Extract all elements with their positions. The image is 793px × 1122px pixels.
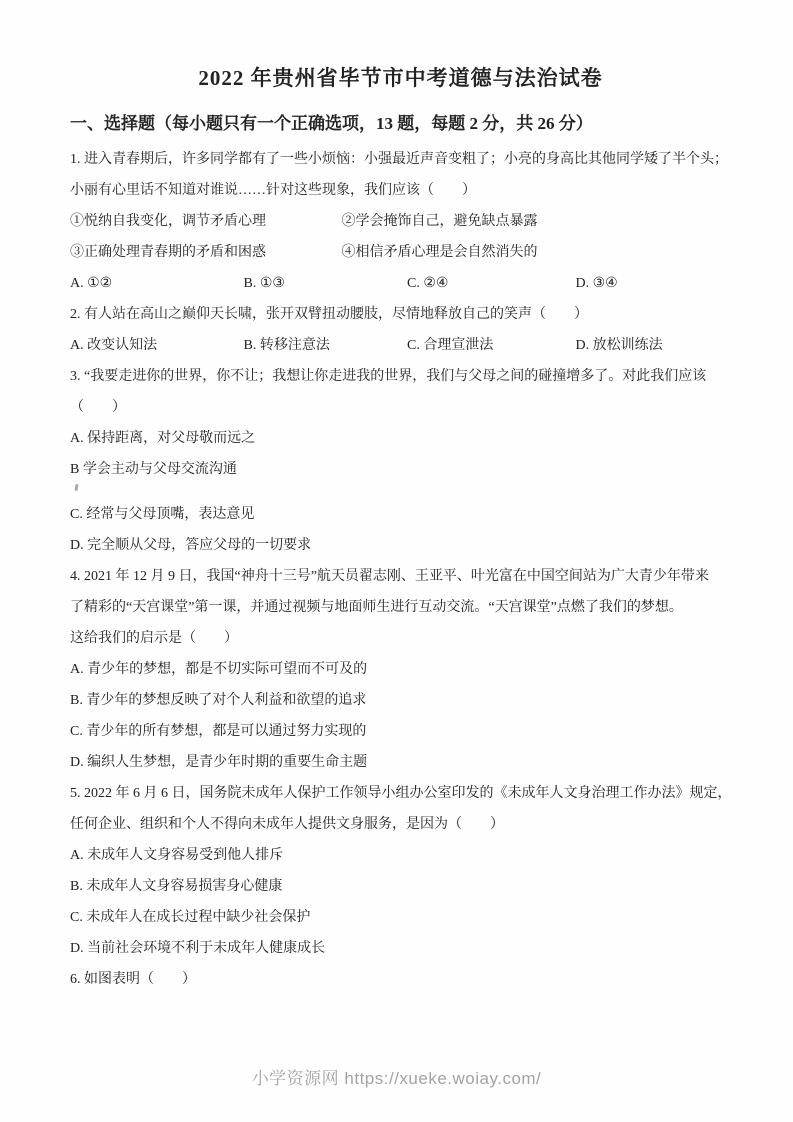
question-5-option-b: B. 未成年人文身容易损害身心健康 xyxy=(70,871,731,902)
page-title: 2022 年贵州省毕节市中考道德与法治试卷 xyxy=(70,0,731,94)
question-4-option-b: B. 青少年的梦想反映了对个人利益和欲望的追求 xyxy=(70,685,731,716)
exam-paper-content: 2022 年贵州省毕节市中考道德与法治试卷 一、选择题（每小题只有一个正确选项，… xyxy=(70,0,731,995)
question-6-stem-line-1: 6. 如图表明（ ） xyxy=(70,964,731,995)
question-4-stem-line-3: 这给我们的启示是（ ） xyxy=(70,623,731,654)
statement-1: ①悦纳自我变化，调节矛盾心理 xyxy=(70,206,338,237)
question-3-option-c: C. 经常与父母顶嘴，表达意见 xyxy=(70,499,731,530)
question-4-option-d: D. 编织人生梦想，是青少年时期的重要生命主题 xyxy=(70,747,731,778)
question-3-stem-line-1: 3. “我要走进你的世界，你不让；我想让你走进我的世界，我们与父母之间的碰撞增多… xyxy=(70,361,731,392)
question-2-option-d: D. 放松训练法 xyxy=(576,338,663,353)
question-1-options-row: A. ①② B. ①③ C. ②④ D. ③④ xyxy=(70,268,731,299)
question-1-option-d: D. ③④ xyxy=(576,276,618,291)
question-2-option-c: C. 合理宣泄法 xyxy=(407,330,572,361)
statement-4: ④相信矛盾心理是会自然消失的 xyxy=(342,245,538,260)
question-3: 3. “我要走进你的世界，你不让；我想让你走进我的世界，我们与父母之间的碰撞增多… xyxy=(70,361,731,561)
question-3-option-b: B 学会主动与父母交流沟通 xyxy=(70,454,731,485)
question-3-stem-line-2: （ ） xyxy=(70,392,731,423)
question-4-option-a: A. 青少年的梦想，都是不切实际可望而不可及的 xyxy=(70,654,731,685)
question-4-stem-line-1: 4. 2021 年 12 月 9 日，我国“神舟十三号”航天员翟志刚、王亚平、叶… xyxy=(70,561,731,592)
question-4: 4. 2021 年 12 月 9 日，我国“神舟十三号”航天员翟志刚、王亚平、叶… xyxy=(70,561,731,778)
question-1: 1. 进入青春期后，许多同学都有了一些小烦恼：小强最近声音变粗了；小亮的身高比其… xyxy=(70,144,731,299)
question-2-options-row: A. 改变认知法 B. 转移注意法 C. 合理宣泄法 D. 放松训练法 xyxy=(70,330,731,361)
question-1-option-c: C. ②④ xyxy=(407,268,572,299)
section-heading: 一、选择题（每小题只有一个正确选项，13 题，每题 2 分，共 26 分） xyxy=(70,108,731,140)
statement-3: ③正确处理青春期的矛盾和困惑 xyxy=(70,237,338,268)
question-2: 2. 有人站在高山之巅仰天长啸，张开双臂扭动腰肢，尽情地释放自己的笑声（ ） A… xyxy=(70,299,731,361)
question-1-option-a: A. ①② xyxy=(70,268,240,299)
question-5-stem-line-2: 任何企业、组织和个人不得向未成年人提供文身服务，是因为（ ） xyxy=(70,809,731,840)
question-5-option-c: C. 未成年人在成长过程中缺少社会保护 xyxy=(70,902,731,933)
question-5-option-d: D. 当前社会环境不利于未成年人健康成长 xyxy=(70,933,731,964)
question-2-option-a: A. 改变认知法 xyxy=(70,330,240,361)
question-4-option-c: C. 青少年的所有梦想，都是可以通过努力实现的 xyxy=(70,716,731,747)
question-2-option-b: B. 转移注意法 xyxy=(244,330,404,361)
question-6: 6. 如图表明（ ） xyxy=(70,964,731,995)
question-5-stem-line-1: 5. 2022 年 6 月 6 日，国务院未成年人保护工作领导小组办公室印发的《… xyxy=(70,778,731,809)
question-1-statement-row-2: ③正确处理青春期的矛盾和困惑 ④相信矛盾心理是会自然消失的 xyxy=(70,237,731,268)
question-1-stem-line-1: 1. 进入青春期后，许多同学都有了一些小烦恼：小强最近声音变粗了；小亮的身高比其… xyxy=(70,144,731,175)
question-1-statement-row-1: ①悦纳自我变化，调节矛盾心理 ②学会掩饰自己，避免缺点暴露 xyxy=(70,206,731,237)
statement-2: ②学会掩饰自己，避免缺点暴露 xyxy=(342,214,538,229)
question-5: 5. 2022 年 6 月 6 日，国务院未成年人保护工作领导小组办公室印发的《… xyxy=(70,778,731,964)
question-3-option-a: A. 保持距离，对父母敬而远之 xyxy=(70,423,731,454)
question-2-stem-line-1: 2. 有人站在高山之巅仰天长啸，张开双臂扭动腰肢，尽情地释放自己的笑声（ ） xyxy=(70,299,731,330)
question-4-stem-line-2: 了精彩的“天宫课堂”第一课，并通过视频与地面师生进行互动交流。“天宫课堂”点燃了… xyxy=(70,592,731,623)
question-1-stem-line-2: 小丽有心里话不知道对谁说……针对这些现象，我们应该（ ） xyxy=(70,175,731,206)
question-1-option-b: B. ①③ xyxy=(244,268,404,299)
footer-watermark: 小学资源网 https://xueke.woiay.com/ xyxy=(0,1064,793,1089)
exam-paper-page: 2022 年贵州省毕节市中考道德与法治试卷 一、选择题（每小题只有一个正确选项，… xyxy=(0,0,793,1122)
question-5-option-a: A. 未成年人文身容易受到他人排斥 xyxy=(70,840,731,871)
question-3-option-d: D. 完全顺从父母，答应父母的一切要求 xyxy=(70,530,731,561)
